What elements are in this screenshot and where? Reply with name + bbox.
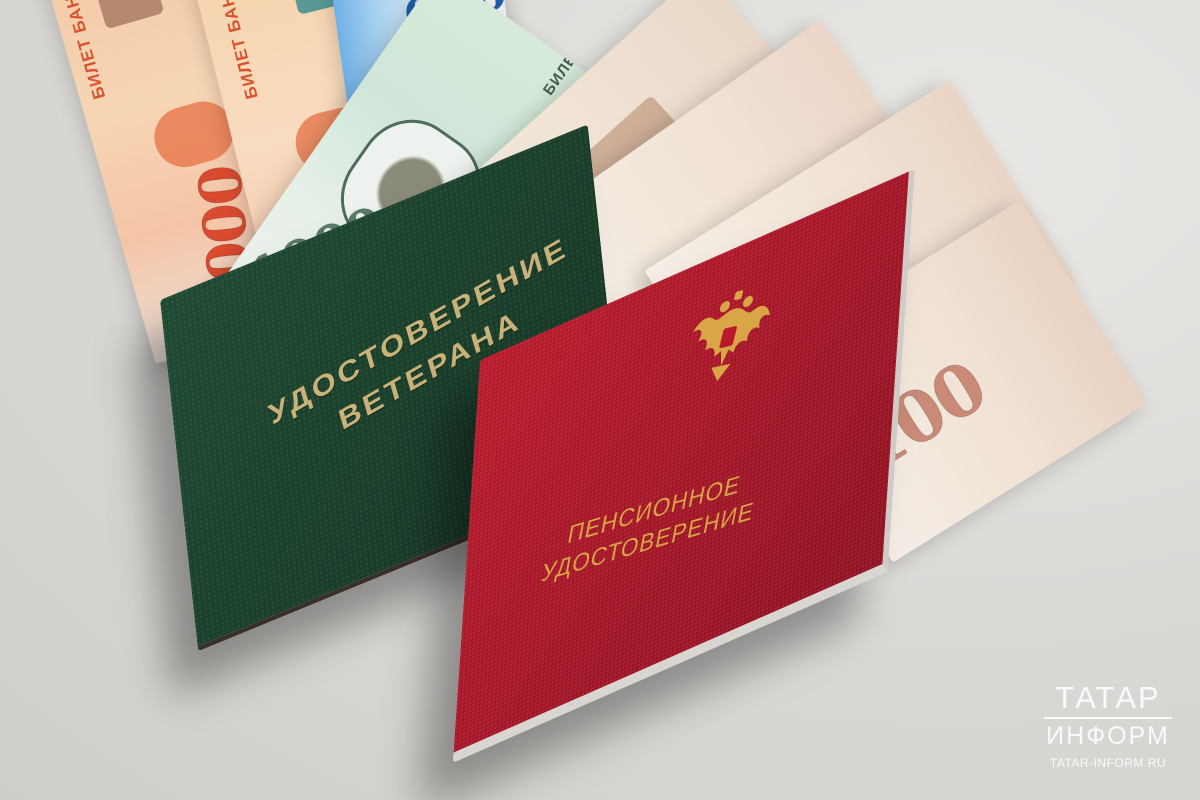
photo-scene: БИЛЕТ БАНКА 5000 БИЛЕТ БАНКА 5000 2000 Б… <box>0 0 1200 800</box>
watermark-bottom: ИНФОРМ <box>1044 722 1172 750</box>
tatar-inform-watermark: ТАТАР ИНФОРМ TATAR-INFORM.RU <box>1044 682 1172 770</box>
watermark-divider <box>1044 717 1172 719</box>
double-headed-eagle-icon <box>668 276 789 397</box>
banknote-bank-text: БИЛЕТ БАНКА <box>211 0 262 101</box>
watermark-url: TATAR-INFORM.RU <box>1044 756 1172 770</box>
pension-certificate-title: ПЕНСИОННОЕ УДОСТОВЕРЕНИЕ <box>539 461 763 589</box>
watermark-top: ТАТАР <box>1044 682 1172 714</box>
portrait-stamp <box>94 0 164 29</box>
